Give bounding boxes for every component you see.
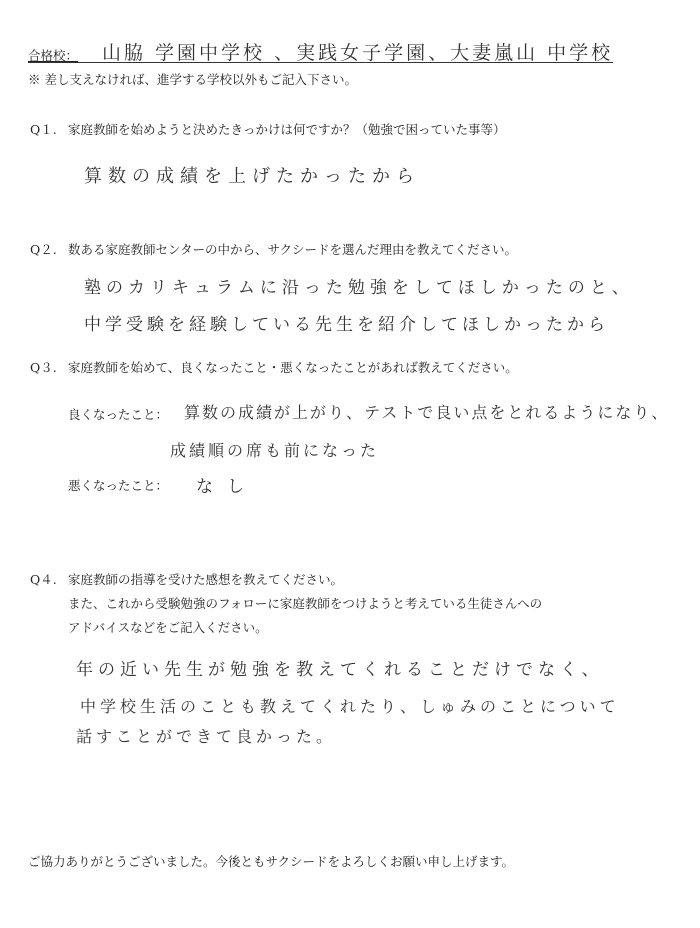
q4-answer-line-1: 年の近い先生が勉強を教えてくれることだけでなく、 — [76, 655, 604, 680]
q4-answer-line-2: 中学校生活のことも教えてくれたり、しゅみのことについて — [80, 694, 620, 717]
footer-thanks: ご協力ありがとうございました。今後ともサクシードをよろしくお願い申し上げます。 — [28, 852, 514, 870]
q4-number: Q４. — [30, 570, 57, 588]
q4-question-line-2: また、これから受験勉強のフォローに家庭教師をつけようと考えている生徒さんへの — [68, 594, 542, 612]
q1-question: 家庭教師を始めようと決めたきっかけは何ですか？（勉強で困っていた事等） — [68, 120, 506, 138]
q2-question: 数ある家庭教師センターの中から、サクシードを選んだ理由を教えてください。 — [68, 240, 517, 258]
q3-good-answer-line-1: 算数の成績が上がり、テストで良い点をとれるようになり、 — [184, 400, 669, 423]
q3-good-label: 良くなったこと： — [68, 405, 168, 423]
schools-underline — [28, 62, 613, 63]
q4-answer-line-3: 話すことができて良かった。 — [76, 724, 336, 747]
q3-number: Q３. — [30, 358, 57, 376]
q2-answer-line-1: 塾のカリキュラムに沿った勉強をしてほしかったのと、 — [84, 273, 634, 298]
q3-bad-answer: なし — [196, 472, 258, 497]
schools-note: ※ 差し支えなければ、進学する学校以外もご記入下さい。 — [28, 70, 357, 88]
q3-question: 家庭教師を始めて、良くなったこと・悪くなったことがあれば教えてください。 — [68, 358, 518, 376]
q4-question-line-1: 家庭教師の指導を受けた感想を教えてください。 — [68, 570, 343, 588]
q1-number: Q１. — [30, 120, 57, 138]
q2-answer-line-2: 中学受験を経験している先生を紹介してほしかったから — [84, 310, 609, 335]
passed-schools-handwritten: 山脇 学園中学校 、実践女子学園、大妻嵐山 中学校 — [102, 38, 613, 65]
q1-answer: 算数の成績を上げたかったから — [84, 162, 420, 188]
q3-good-answer-line-2: 成績順の席も前になった — [170, 438, 379, 461]
q4-question-line-3: アドバイスなどをご記入ください。 — [68, 618, 268, 636]
q2-number: Q２. — [30, 240, 57, 258]
q3-bad-label: 悪くなったこと： — [68, 476, 168, 494]
